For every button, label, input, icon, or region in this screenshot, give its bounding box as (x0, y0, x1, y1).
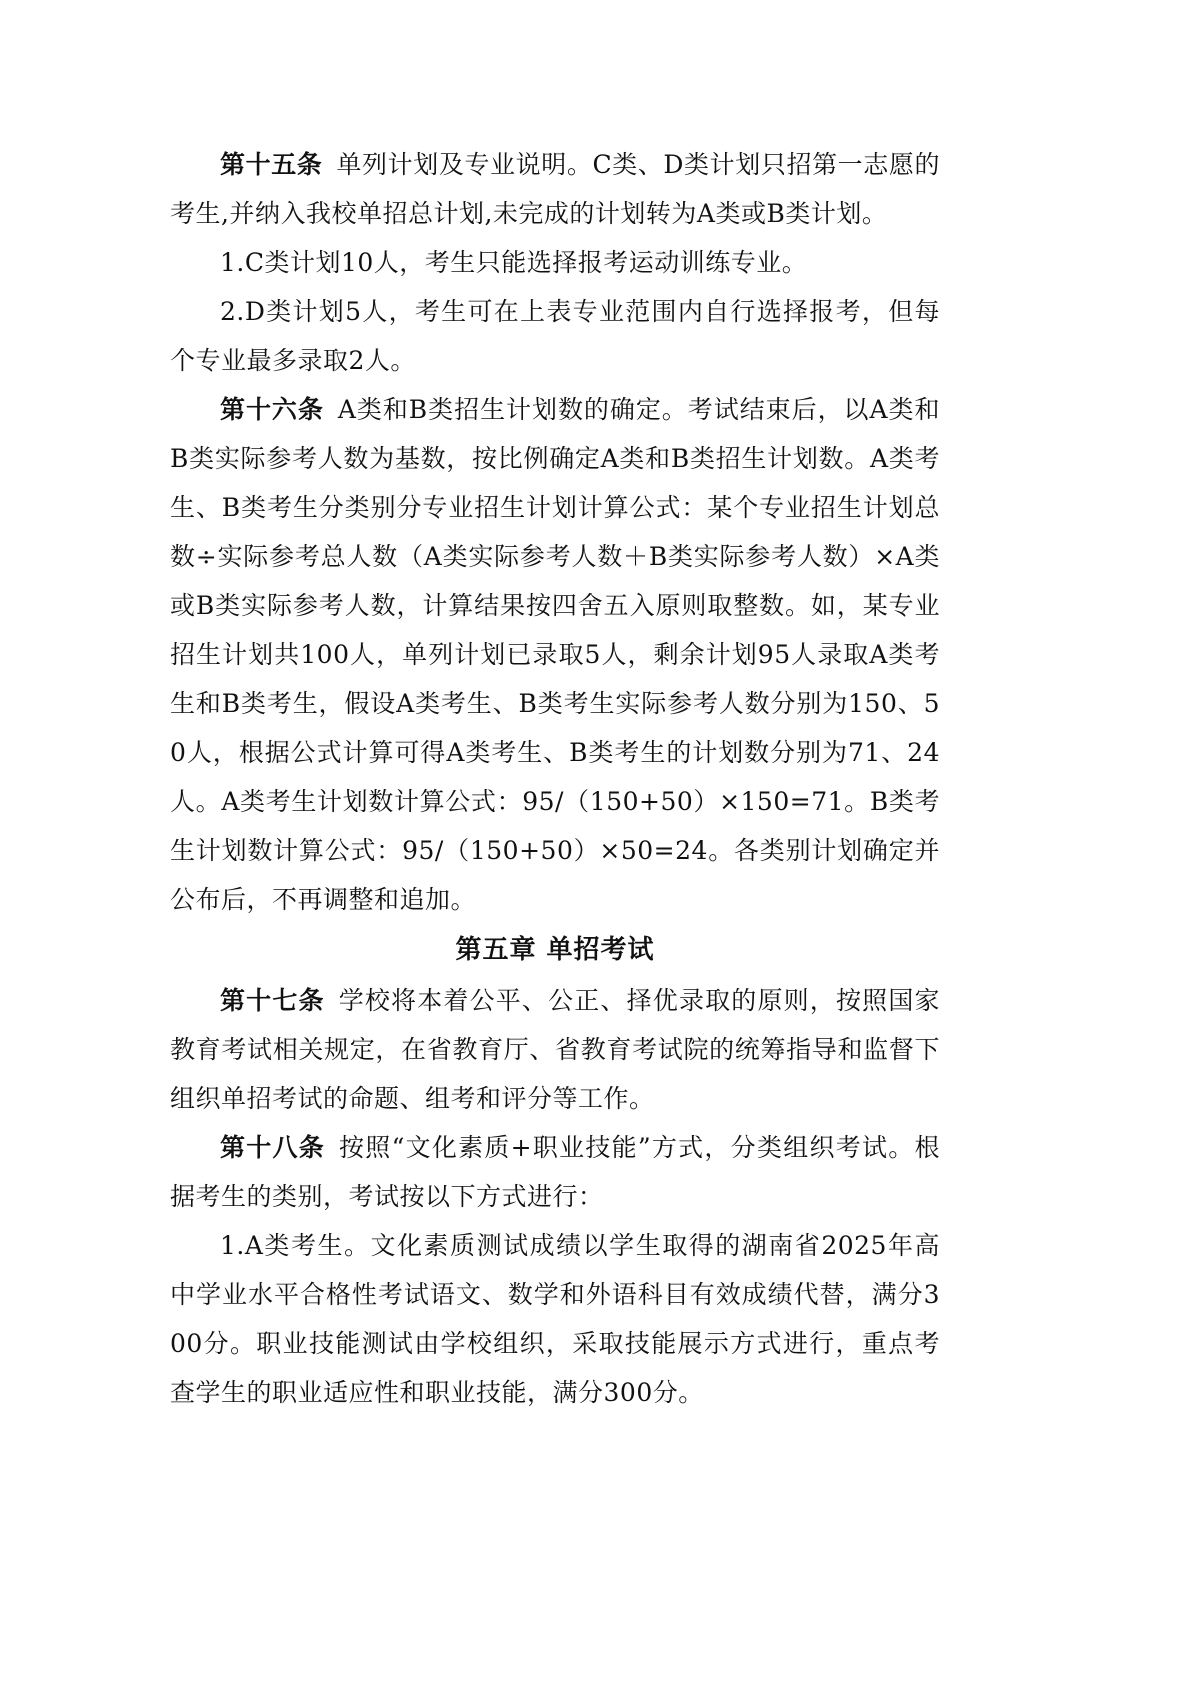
article-label: 第十六条 (220, 395, 324, 424)
chapter-title: 第五章 单招考试 (170, 924, 940, 976)
document-page: 第十五条单列计划及专业说明。C类、D类计划只招第一志愿的考生,并纳入我校单招总计… (170, 140, 940, 1417)
article-text: A类和B类招生计划数的确定。考试结束后，以A类和B类实际参考人数为基数，按比例确… (170, 395, 940, 914)
article-15-item-1: 1.C类计划10人，考生只能选择报考运动训练专业。 (170, 238, 940, 287)
article-label: 第十七条 (220, 986, 325, 1015)
article-17: 第十七条学校将本着公平、公正、择优录取的原则，按照国家教育考试相关规定，在省教育… (170, 976, 940, 1123)
article-16: 第十六条A类和B类招生计划数的确定。考试结束后，以A类和B类实际参考人数为基数，… (170, 385, 940, 924)
article-15-item-2: 2.D类计划5人，考生可在上表专业范围内自行选择报考，但每个专业最多录取2人。 (170, 287, 940, 385)
article-15: 第十五条单列计划及专业说明。C类、D类计划只招第一志愿的考生,并纳入我校单招总计… (170, 140, 940, 238)
article-label: 第十八条 (220, 1133, 325, 1162)
article-18: 第十八条按照“文化素质+职业技能”方式，分类组织考试。根据考生的类别，考试按以下… (170, 1123, 940, 1221)
article-label: 第十五条 (220, 150, 322, 179)
article-18-item-1: 1.A类考生。文化素质测试成绩以学生取得的湖南省2025年高中学业水平合格性考试… (170, 1221, 940, 1417)
